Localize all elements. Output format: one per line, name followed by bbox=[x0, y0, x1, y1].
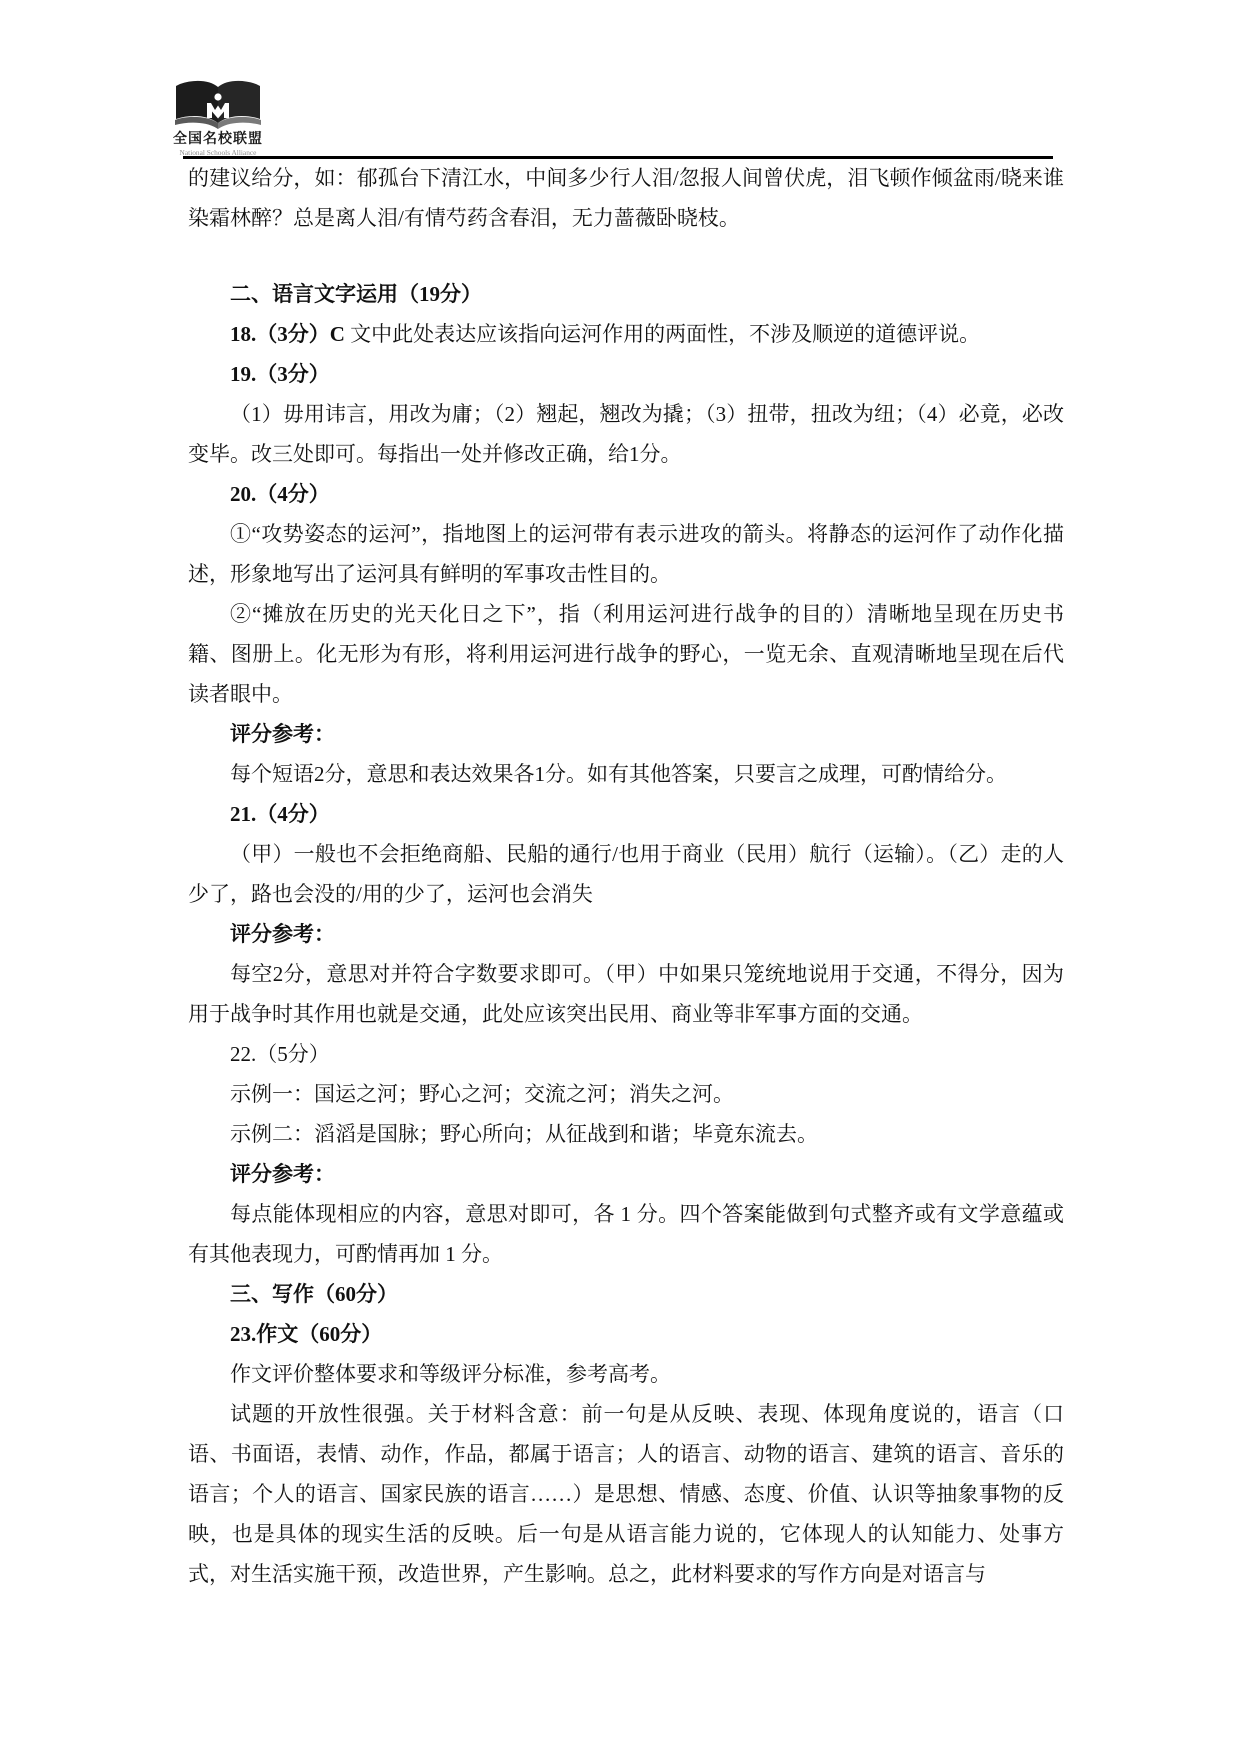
question-20-answer-1: ①“攻势姿态的运河”，指地图上的运河带有表示进攻的箭头。将静态的运河作了动作化描… bbox=[188, 514, 1064, 594]
open-book-logo-icon bbox=[170, 78, 266, 132]
question-23-paragraph-2: 试题的开放性很强。关于材料含意：前一句是从反映、表现、体现角度说的，语言（口语、… bbox=[188, 1394, 1064, 1594]
question-21-scoring: 每空2分，意思对并符合字数要求即可。（甲）中如果只笼统地说用于交通，不得分，因为… bbox=[188, 954, 1064, 1034]
logo-title-cn: 全国名校联盟 bbox=[168, 132, 268, 148]
question-19-label: 19.（3分） bbox=[188, 354, 1064, 394]
answer-key-content: 的建议给分，如：郁孤台下清江水，中间多少行人泪/忽报人间曾伏虎，泪飞顿作倾盆雨/… bbox=[188, 158, 1064, 1594]
question-22-example-2: 示例二：滔滔是国脉；野心所向；从征战到和谐；毕竟东流去。 bbox=[188, 1114, 1064, 1154]
question-21-label: 21.（4分） bbox=[188, 794, 1064, 834]
scoring-reference-label-3: 评分参考： bbox=[188, 1154, 1064, 1194]
question-18-label: 18.（3分）C bbox=[230, 322, 345, 346]
question-22-label: 22.（5分） bbox=[188, 1034, 1064, 1074]
question-20-answer-2: ②“摊放在历史的光天化日之下”，指（利用运河进行战争的目的）清晰地呈现在历史书籍… bbox=[188, 594, 1064, 714]
publisher-logo: 全国名校联盟 National Schools Alliance bbox=[168, 78, 268, 157]
question-22-scoring: 每点能体现相应的内容，意思对即可，各 1 分。四个答案能做到句式整齐或有文学意蕴… bbox=[188, 1194, 1064, 1274]
scoring-reference-label-1: 评分参考： bbox=[188, 714, 1064, 754]
question-21-answer: （甲）一般也不会拒绝商船、民船的通行/也用于商业（民用）航行（运输）。（乙）走的… bbox=[188, 834, 1064, 914]
document-page: 全国名校联盟 National Schools Alliance 的建议给分，如… bbox=[0, 0, 1241, 1754]
question-22-example-1: 示例一：国运之河；野心之河；交流之河；消失之河。 bbox=[188, 1074, 1064, 1114]
question-20-scoring: 每个短语2分，意思和表达效果各1分。如有其他答案，只要言之成理，可酌情给分。 bbox=[188, 754, 1064, 794]
question-19-answer: （1）毋用讳言，用改为庸；（2）翘起，翘改为撬；（3）扭带，扭改为纽；（4）必竟… bbox=[188, 394, 1064, 474]
section2-heading: 二、语言文字运用（19分） bbox=[188, 274, 1064, 314]
question-23-label: 23.作文（60分） bbox=[188, 1314, 1064, 1354]
scoring-reference-label-2: 评分参考： bbox=[188, 914, 1064, 954]
question-20-label: 20.（4分） bbox=[188, 474, 1064, 514]
paragraph-continuation: 的建议给分，如：郁孤台下清江水，中间多少行人泪/忽报人间曾伏虎，泪飞顿作倾盆雨/… bbox=[188, 158, 1064, 238]
section3-heading: 三、写作（60分） bbox=[188, 1274, 1064, 1314]
question-18-answer: 18.（3分）C 文中此处表达应该指向运河作用的两面性，不涉及顺逆的道德评说。 bbox=[188, 314, 1064, 354]
question-18-text: 文中此处表达应该指向运河作用的两面性，不涉及顺逆的道德评说。 bbox=[345, 322, 980, 346]
question-23-paragraph-1: 作文评价整体要求和等级评分标准，参考高考。 bbox=[188, 1354, 1064, 1394]
